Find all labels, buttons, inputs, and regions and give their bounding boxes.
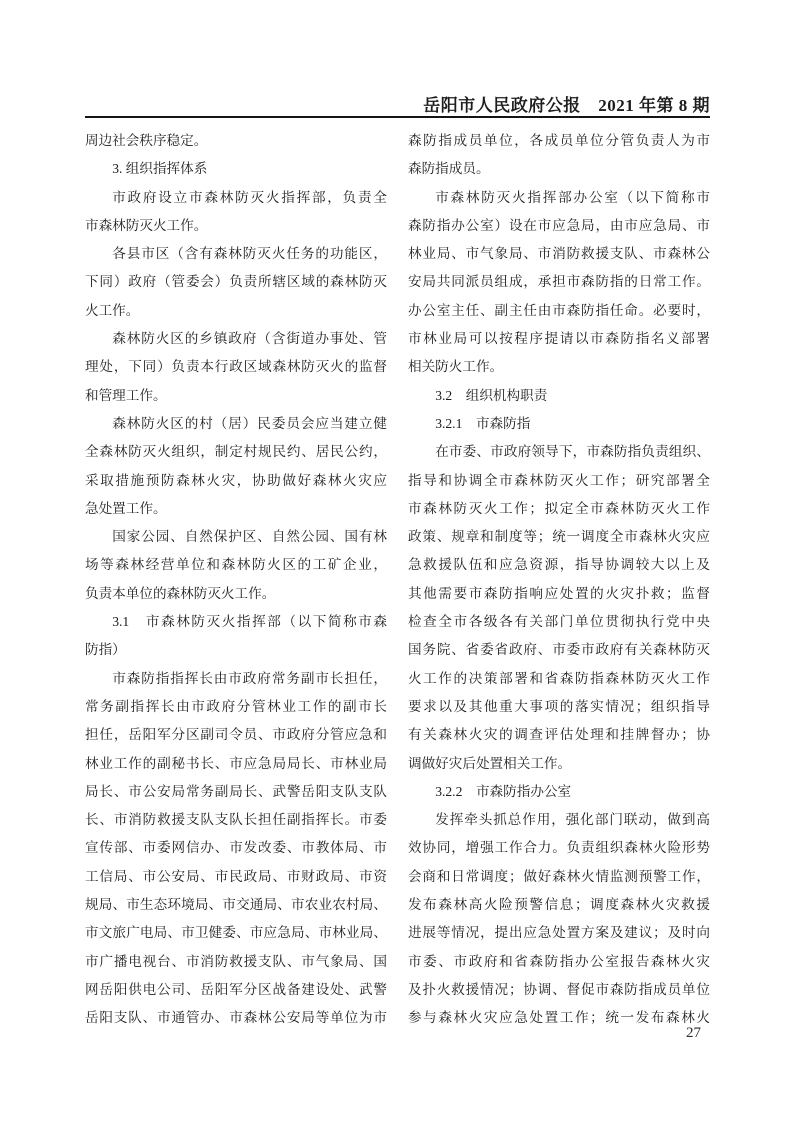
text-line: 参与森林火灾应急处置工作；统一发布森林火 xyxy=(408,1004,710,1032)
text-line: 有关森林火灾的调查评估处理和挂牌督办；协 xyxy=(408,721,710,749)
text-line: 森防指成员单位，各成员单位分管负责人为市 xyxy=(408,127,710,155)
text-line: 担任，岳阳军分区副司令员、市政府分管应急和 xyxy=(85,721,387,749)
text-line: 市森防指指挥长由市政府常务副市长担任， xyxy=(85,665,387,693)
text-line: 及扑火救援情况；协调、督促市森防指成员单位 xyxy=(408,976,710,1004)
text-line: 森防指成员。 xyxy=(408,155,710,183)
text-line: 宣传部、市委网信办、市发改委、市教体局、市 xyxy=(85,834,387,862)
text-line: 指导和协调全市森林防灭火工作；研究部署全 xyxy=(408,467,710,495)
text-line: 网岳阳供电公司、岳阳军分区战备建设处、武警 xyxy=(85,976,387,1004)
text-line: 采取措施预防森林火灾，协助做好森林火灾应 xyxy=(85,467,387,495)
header-rule xyxy=(85,116,710,118)
text-line: 下同）政府（管委会）负责所辖区域的森林防灭 xyxy=(85,268,387,296)
text-line: 场等森林经营单位和森林防火区的工矿企业， xyxy=(85,551,387,579)
text-line: 进展等情况，提出应急处置方案及建议；及时向 xyxy=(408,919,710,947)
text-line: 政策、规章和制度等；统一调度全市森林火灾应 xyxy=(408,523,710,551)
text-line: 森林防火区的村（居）民委员会应当建立健 xyxy=(85,410,387,438)
text-line: 检查全市各级各有关部门单位贯彻执行党中央 xyxy=(408,608,710,636)
text-line: 常务副指挥长由市政府分管林业工作的副市长 xyxy=(85,693,387,721)
text-line: 3.1 市森林防灭火指挥部（以下简称市森 xyxy=(85,608,387,636)
text-line: 长、市消防救援支队支队长担任副指挥长。市委 xyxy=(85,806,387,834)
text-line: 市森林防灭火工作；拟定全市森林防灭火工作 xyxy=(408,495,710,523)
text-line: 工信局、市公安局、市民政局、市财政局、市资 xyxy=(85,863,387,891)
text-line: 各县市区（含有森林防灭火任务的功能区， xyxy=(85,240,387,268)
text-line: 3.2.1 市森防指 xyxy=(408,410,710,438)
text-line: 市广播电视台、市消防救援支队、市气象局、国 xyxy=(85,948,387,976)
text-line: 规局、市生态环境局、市交通局、市农业农村局、 xyxy=(85,891,387,919)
text-line: 森防指办公室）设在市应急局，由市应急局、市 xyxy=(408,212,710,240)
text-line: 3.2.2 市森防指办公室 xyxy=(408,778,710,806)
text-line: 国家公园、自然保护区、自然公园、国有林 xyxy=(85,523,387,551)
text-line: 国务院、省委省政府、市委市政府有关森林防灭 xyxy=(408,636,710,664)
text-line: 市森林防灭火工作。 xyxy=(85,212,387,240)
text-line: 森林防火区的乡镇政府（含街道办事处、管 xyxy=(85,325,387,353)
text-line: 火工作的决策部署和省森防指森林防灭火工作 xyxy=(408,665,710,693)
text-line: 市委、市政府和省森防指办公室报告森林火灾 xyxy=(408,948,710,976)
gazette-header-title: 岳阳市人民政府公报 2021 年第 8 期 xyxy=(423,91,710,116)
text-line: 发布森林高火险预警信息；调度森林火灾救援 xyxy=(408,891,710,919)
text-line: 市文旅广电局、市卫健委、市应急局、市林业局、 xyxy=(85,919,387,947)
column-left: 周边社会秩序稳定。3. 组织指挥体系市政府设立市森林防灭火指挥部，负责全市森林防… xyxy=(85,127,387,1033)
text-line: 市林业局可以按程序提请以市森防指名义部署 xyxy=(408,325,710,353)
text-line: 相关防火工作。 xyxy=(408,353,710,381)
text-line: 全森林防灭火组织，制定村规民约、居民公约， xyxy=(85,438,387,466)
text-line: 急处置工作。 xyxy=(85,495,387,523)
text-line: 安局共同派员组成，承担市森防指的日常工作。 xyxy=(408,268,710,296)
text-line: 急救援队伍和应急资源，指导协调较大以上及 xyxy=(408,551,710,579)
text-line: 林业工作的副秘书长、市应急局局长、市林业局 xyxy=(85,750,387,778)
text-line: 林业局、市气象局、市消防救援支队、市森林公 xyxy=(408,240,710,268)
text-line: 防指） xyxy=(85,636,387,664)
text-line: 理处，下同）负责本行政区域森林防灭火的监督 xyxy=(85,353,387,381)
page-number: 27 xyxy=(686,1025,701,1042)
text-line: 发挥牵头抓总作用，强化部门联动，做到高 xyxy=(408,806,710,834)
text-line: 负责本单位的森林防灭火工作。 xyxy=(85,580,387,608)
text-line: 局长、市公安局常务副局长、武警岳阳支队支队 xyxy=(85,778,387,806)
text-line: 其他需要市森防指响应处置的火灾扑救；监督 xyxy=(408,580,710,608)
text-line: 岳阳支队、市通管办、市森林公安局等单位为市 xyxy=(85,1004,387,1032)
text-line: 市森林防灭火指挥部办公室（以下简称市 xyxy=(408,184,710,212)
text-line: 周边社会秩序稳定。 xyxy=(85,127,387,155)
text-line: 市政府设立市森林防灭火指挥部，负责全 xyxy=(85,184,387,212)
text-line: 调做好灾后处置相关工作。 xyxy=(408,750,710,778)
text-line: 和管理工作。 xyxy=(85,382,387,410)
text-line: 办公室主任、副主任由市森防指任命。必要时， xyxy=(408,297,710,325)
text-line: 要求以及其他重大事项的落实情况；组织指导 xyxy=(408,693,710,721)
text-line: 会商和日常调度；做好森林火情监测预警工作， xyxy=(408,863,710,891)
text-line: 效协同，增强工作合力。负责组织森林火险形势 xyxy=(408,834,710,862)
text-line: 3. 组织指挥体系 xyxy=(85,155,387,183)
column-right: 森防指成员单位，各成员单位分管负责人为市森防指成员。市森林防灭火指挥部办公室（以… xyxy=(408,127,710,1033)
text-line: 3.2 组织机构职责 xyxy=(408,382,710,410)
text-line: 火工作。 xyxy=(85,297,387,325)
text-line: 在市委、市政府领导下，市森防指负责组织、 xyxy=(408,438,710,466)
